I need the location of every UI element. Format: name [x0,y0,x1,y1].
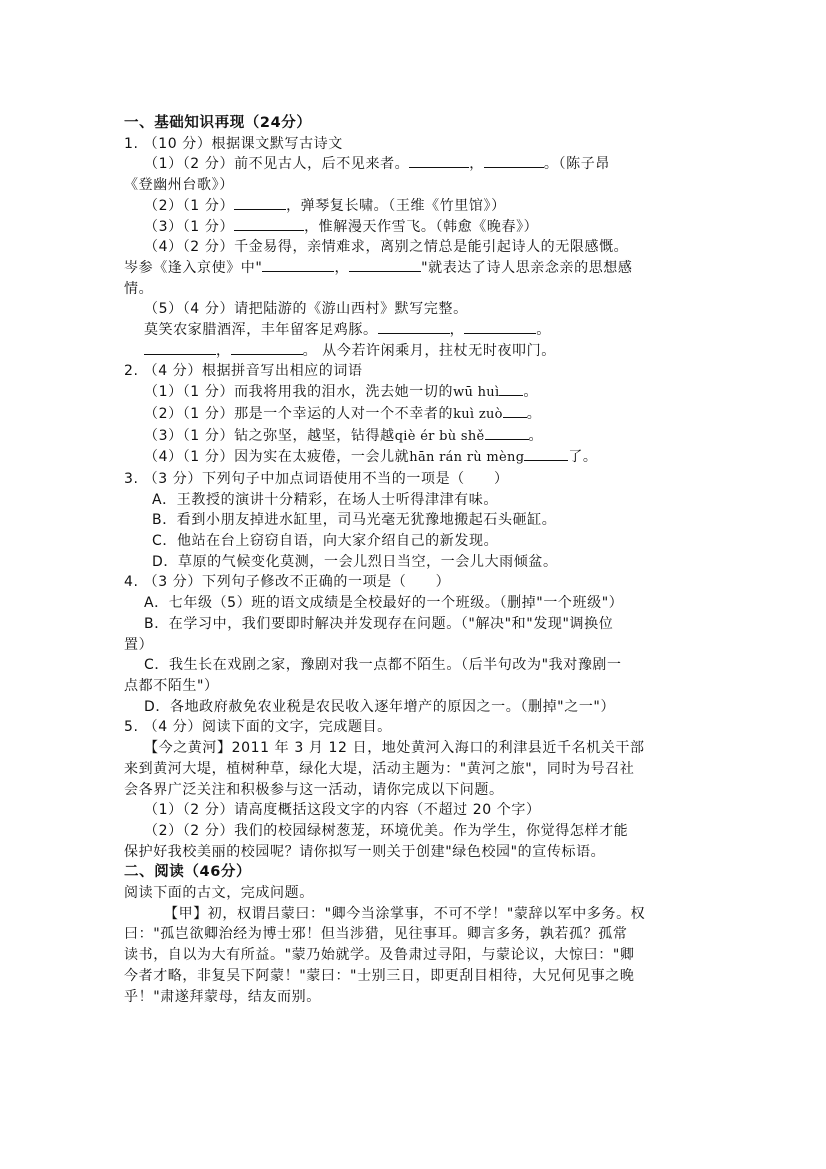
classical-passage-line1: 【甲】初，权谓吕蒙曰："卿今当涂掌事，不可不学！"蒙辞以军中多务。权 [124,904,704,925]
q2-item-4: （4）（1 分）因为实在太疲倦，一会儿就hān rán rù mèng了。 [124,447,704,469]
q1-item-1: （1）（2 分）前不见古人，后不见来者。，。（陈子昂 [124,154,704,175]
q5-sub-2-cont: 保护好我校美丽的校园呢？请你拟写一则关于创建"绿色校园"的宣传标语。 [124,842,704,863]
section-2-intro: 阅读下面的古文，完成问题。 [124,883,704,904]
q4-option-c[interactable]: C．我生长在戏剧之家，豫剧对我一点都不陌生。（后半句改为"我对豫剧一 [124,655,704,676]
q5-passage-line1: 【今之黄河】2011 年 3 月 12 日，地处黄河入海口的利津县近千名机关干部 [124,738,704,759]
answer-blank[interactable] [234,217,304,231]
q1-item-4: （4）（2 分）千金易得，亲情难求，离别之情总是能引起诗人的无限感慨。 [124,237,704,258]
classical-passage-line5: 乎！"肃遂拜蒙母，结友而别。 [124,987,704,1008]
classical-passage-line2: 曰："孤岂欲卿治经为博士邪！但当涉猎，见往事耳。卿言多务，孰若孤？孤常 [124,924,704,945]
q5-passage-line2: 来到黄河大堤，植树种草，绿化大堤，活动主题为："黄河之旅"，同时为号召社 [124,759,704,780]
q3-option-a[interactable]: A．王教授的演讲十分精彩，在场人士听得津津有味。 [124,490,704,511]
answer-blank[interactable] [262,258,334,272]
q1-item-5-poem-line2: ，。 从今若许闲乘月，拄杖无时夜叩门。 [124,341,704,362]
q4-option-b-cont: 置） [124,635,704,656]
question-5-stem: 5. （4 分）阅读下面的文字，完成题目。 [124,717,704,738]
q4-option-c-cont: 点都不陌生"） [124,676,704,697]
pinyin: kuì zuò [453,407,503,422]
q1-item-3: （3）（1 分），惟解漫天作雪飞。（韩愈《晚春》） [124,217,704,238]
q5-sub-2: （2）（2 分）我们的校园绿树葱茏，环境优美。作为学生，你觉得怎样才能 [124,821,704,842]
question-1-stem: 1. （10 分）根据课文默写古诗文 [124,134,704,155]
answer-blank[interactable] [144,341,216,355]
q2-item-3: （3）（1 分）钻之弥坚，越坚，钻得越qiè ér bù shě。 [124,426,704,448]
answer-blank[interactable] [485,426,529,440]
pinyin: wū huì [453,385,499,400]
exam-page: 一、基础知识再现（24分） 1. （10 分）根据课文默写古诗文 （1）（2 分… [124,113,704,1007]
q5-passage-line3: 会各界广泛关注和积极参与这一活动，请你完成以下问题。 [124,780,704,801]
answer-blank[interactable] [503,404,527,418]
question-2-stem: 2. （4 分）根据拼音写出相应的词语 [124,361,704,382]
q1-item-2: （2）（1 分），弹琴复长啸。（王维《竹里馆》） [124,196,704,217]
section-1-title: 一、基础知识再现（24分） [124,113,704,134]
answer-blank[interactable] [484,154,544,168]
q5-sub-1: （1）（2 分）请高度概括这段文字的内容（不超过 20 个字） [124,800,704,821]
answer-blank[interactable] [464,320,536,334]
q4-option-d[interactable]: D．各地政府赦免农业税是农民收入逐年增产的原因之一。（删掉"之一"） [124,697,704,718]
q2-item-2: （2）（1 分）那是一个幸运的人对一个不幸者的kuì zuò。 [124,404,704,426]
question-3-stem: 3. （3 分）下列句子中加点词语使用不当的一项是（ ） [124,469,704,490]
q2-item-1: （1）（1 分）而我将用我的泪水，洗去她一切的wū huì。 [124,382,704,404]
answer-blank[interactable] [378,320,450,334]
section-2-title: 二、阅读（46分） [124,862,704,883]
pinyin: hān rán rù mèng [409,450,524,465]
answer-blank[interactable] [499,382,523,396]
question-4-stem: 4. （3 分）下列句子修改不正确的一项是（ ） [124,572,704,593]
answer-blank[interactable] [524,447,568,461]
q1-item-5: （5）（4 分）请把陆游的《游山西村》默写完整。 [124,299,704,320]
q4-option-a[interactable]: A．七年级（5）班的语文成绩是全校最好的一个班级。（删掉"一个班级"） [124,593,704,614]
answer-blank[interactable] [349,258,421,272]
q3-option-d[interactable]: D．草原的气候变化莫测，一会儿烈日当空，一会儿大雨倾盆。 [124,552,704,573]
classical-passage-line4: 今者才略，非复吴下阿蒙！"蒙曰："士别三日，即更刮目相待，大兄何见事之晚 [124,966,704,987]
q3-option-b[interactable]: B．看到小朋友掉进水缸里，司马光毫无犹豫地搬起石头砸缸。 [124,510,704,531]
q3-option-c[interactable]: C．他站在台上窃窃自语，向大家介绍自己的新发现。 [124,531,704,552]
answer-blank[interactable] [234,196,286,210]
q1-item-5-poem-line1: 莫笑农家腊酒浑，丰年留客足鸡豚。，。 [124,320,704,341]
q1-item-4-line3: 情。 [124,279,704,300]
answer-blank[interactable] [409,154,469,168]
q1-item-4-line2: 岑参《逢入京使》中"，"就表达了诗人思亲念亲的思想感 [124,258,704,279]
answer-blank[interactable] [231,341,303,355]
q4-option-b[interactable]: B．在学习中，我们要即时解决并发现存在问题。（"解决"和"发现"调换位 [124,614,704,635]
q1-item-1-cont: 《登幽州台歌》） [124,175,704,196]
pinyin: qiè ér bù shě [395,429,485,444]
classical-passage-line3: 读书，自以为大有所益。"蒙乃始就学。及鲁肃过寻阳，与蒙论议，大惊曰："卿 [124,945,704,966]
